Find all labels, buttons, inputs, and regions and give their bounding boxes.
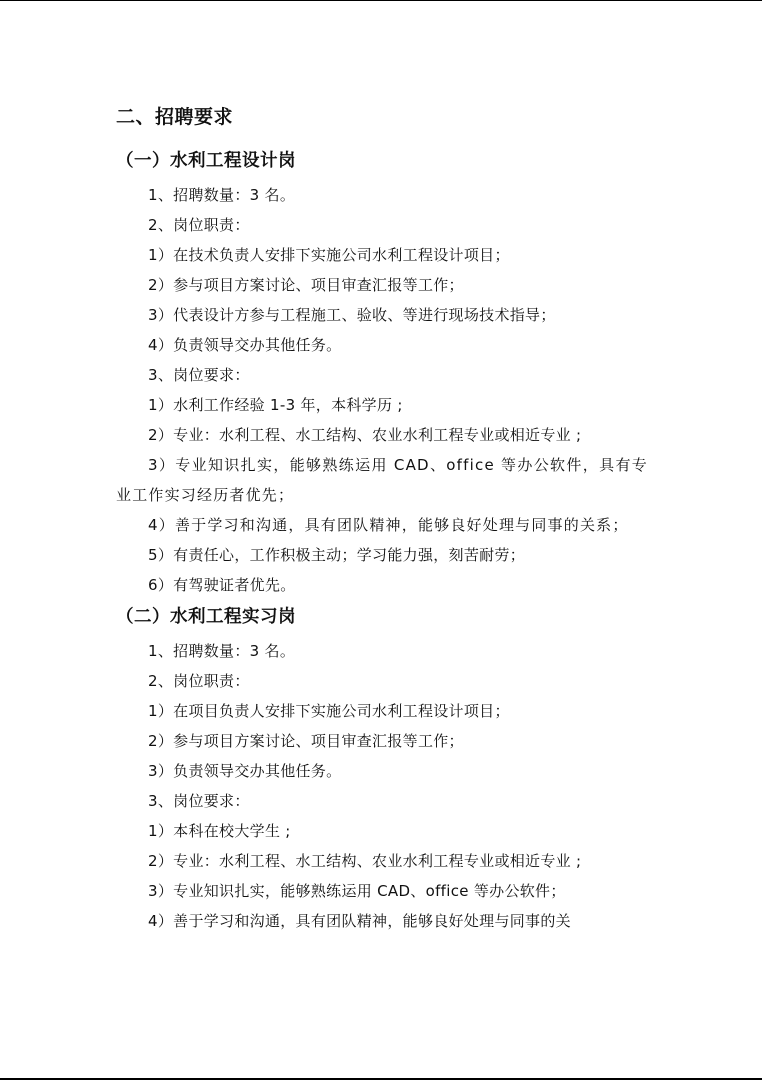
requirement-item: 2）专业：水利工程、水工结构、农业水利工程专业或相近专业 ;	[116, 846, 648, 876]
requirement-item: 6）有驾驶证者优先。	[116, 570, 648, 600]
requirement-item: 4）善于学习和沟通，具有团队精神，能够良好处理与同事的关	[116, 906, 648, 936]
requirement-item: 5）有责任心，工作积极主动；学习能力强，刻苦耐劳；	[116, 540, 648, 570]
section-heading: 二、招聘要求	[116, 102, 648, 132]
duty-item: 2）参与项目方案讨论、项目审查汇报等工作；	[116, 726, 648, 756]
job-title: （二）水利工程实习岗	[116, 602, 648, 632]
requirement-item: 3）专业知识扎实，能够熟练运用 CAD、office 等办公软件；	[116, 876, 648, 906]
requirements-label: 3、岗位要求：	[116, 786, 648, 816]
requirements-label: 3、岗位要求：	[116, 360, 648, 390]
requirement-item: 1）水利工作经验 1-3 年，本科学历 ;	[116, 390, 648, 420]
duty-item: 1）在项目负责人安排下实施公司水利工程设计项目；	[116, 696, 648, 726]
job-title: （一）水利工程设计岗	[116, 146, 648, 176]
job-section-intern: （二）水利工程实习岗 1、招聘数量：3 名。 2、岗位职责： 1）在项目负责人安…	[116, 602, 648, 936]
duties-label: 2、岗位职责：	[116, 210, 648, 240]
document-body: 二、招聘要求 （一）水利工程设计岗 1、招聘数量：3 名。 2、岗位职责： 1）…	[116, 102, 648, 936]
requirement-item: 1）本科在校大学生 ;	[116, 816, 648, 846]
duty-item: 3）负责领导交办其他任务。	[116, 756, 648, 786]
duties-label: 2、岗位职责：	[116, 666, 648, 696]
recruit-count: 1、招聘数量：3 名。	[116, 636, 648, 666]
page-top-edge	[0, 0, 762, 1]
recruit-count: 1、招聘数量：3 名。	[116, 180, 648, 210]
duty-item: 4）负责领导交办其他任务。	[116, 330, 648, 360]
duty-item: 3）代表设计方参与工程施工、验收、等进行现场技术指导；	[116, 300, 648, 330]
job-section-design: （一）水利工程设计岗 1、招聘数量：3 名。 2、岗位职责： 1）在技术负责人安…	[116, 146, 648, 600]
duty-item: 2）参与项目方案讨论、项目审查汇报等工作；	[116, 270, 648, 300]
requirement-item: 3）专业知识扎实，能够熟练运用 CAD、office 等办公软件，具有专业工作实…	[116, 450, 648, 510]
duty-item: 1）在技术负责人安排下实施公司水利工程设计项目；	[116, 240, 648, 270]
requirement-item: 2）专业：水利工程、水工结构、农业水利工程专业或相近专业 ;	[116, 420, 648, 450]
requirement-item: 4）善于学习和沟通，具有团队精神，能够良好处理与同事的关系；	[116, 510, 648, 540]
